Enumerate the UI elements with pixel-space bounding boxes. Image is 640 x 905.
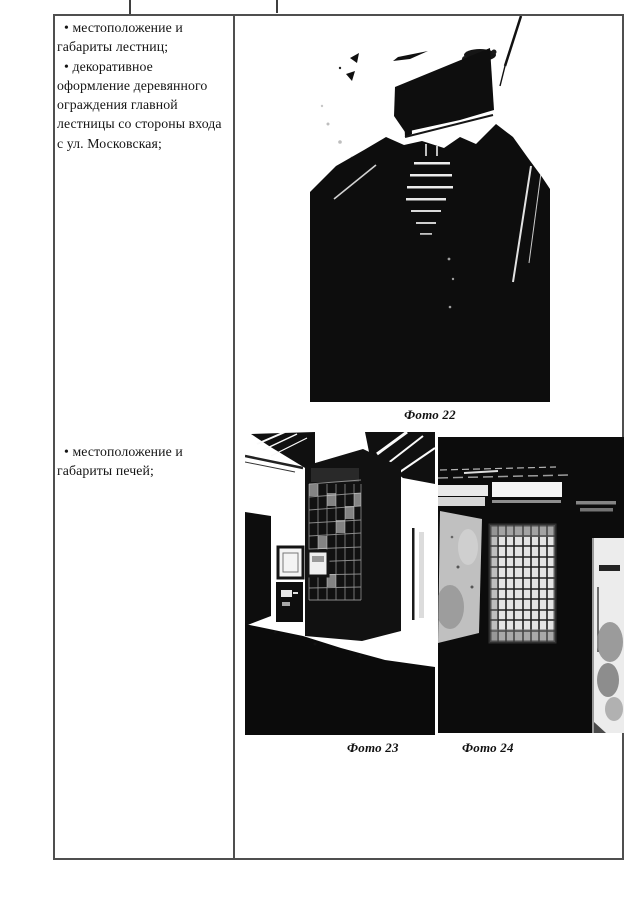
bullet-item-stoves-location: • местоположение и габариты печей; — [57, 442, 233, 481]
photo-caption-23: Фото 23 — [347, 740, 399, 756]
bullet-line: • местоположение и — [57, 442, 233, 461]
stove-room-photo-23 — [245, 432, 435, 735]
bullet-line: габариты лестниц; — [57, 37, 233, 56]
bullet-line: • местоположение и — [57, 18, 233, 37]
bullet-line: габариты печей; — [57, 461, 233, 480]
photo-caption-22: Фото 22 — [310, 407, 550, 423]
bullet-line: • декоративное — [57, 57, 233, 76]
staircase-photo-22 — [310, 16, 550, 402]
bullet-line: с ул. Московская; — [57, 134, 233, 153]
criteria-column-bottom: • местоположение и габариты печей; — [57, 442, 233, 481]
bullet-line: ограждения главной — [57, 95, 233, 114]
scan-tick-mark — [276, 0, 278, 13]
criteria-column-top: • местоположение и габариты лестниц; • д… — [57, 18, 233, 153]
scanned-document-page: • местоположение и габариты лестниц; • д… — [0, 0, 640, 905]
bullet-item-railing-decor: • декоративное оформление деревянного ог… — [57, 57, 233, 153]
photo-caption-24: Фото 24 — [462, 740, 514, 756]
stove-detail-photo-24 — [438, 437, 624, 733]
bullet-line: оформление деревянного — [57, 76, 233, 95]
bullet-line: лестницы со стороны входа — [57, 114, 233, 133]
column-divider — [233, 14, 235, 860]
scan-tick-mark — [129, 0, 131, 15]
bullet-item-stairs-location: • местоположение и габариты лестниц; — [57, 18, 233, 57]
